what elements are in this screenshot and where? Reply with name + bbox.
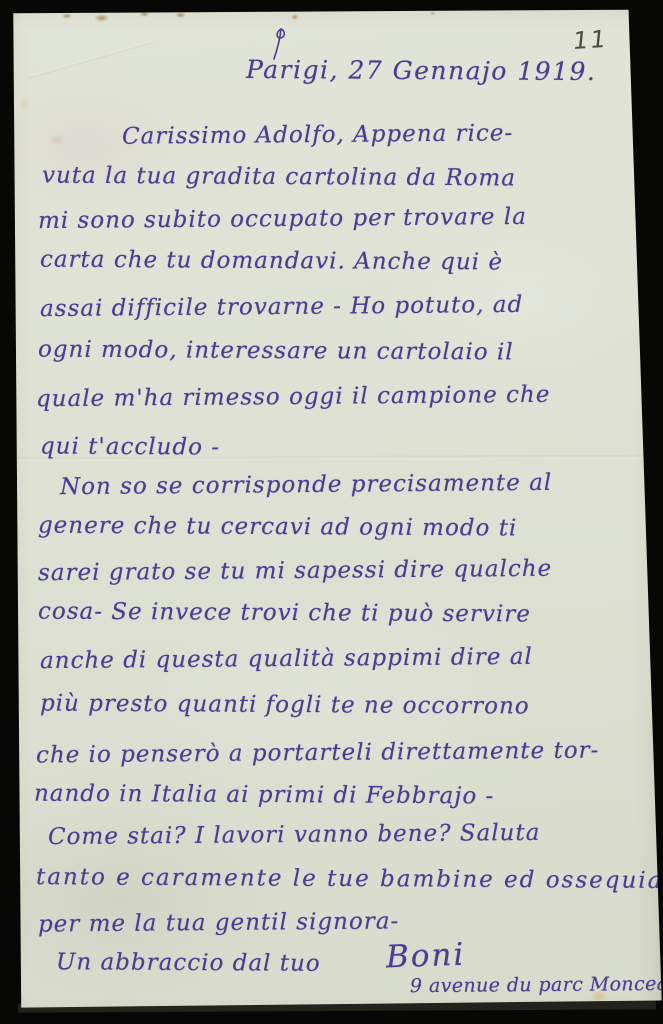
- letter-line: quale m'ha rimesso oggi il campione che: [36, 382, 551, 412]
- dateline: Parigi, 27 Gennajo 1919.: [246, 55, 597, 86]
- letter-line: cosa- Se invece trovi che ti può servire: [38, 598, 531, 627]
- letter-line: che io penserò a portarteli direttamente…: [36, 738, 600, 769]
- letter-line: Come stai? I lavori vanno bene? Saluta: [48, 820, 541, 850]
- letter-line: mi sono subito occupato per trovare la: [38, 204, 527, 234]
- letter-line: Carissimo Adolfo, Appena rice-: [122, 120, 513, 149]
- foxing-stain: [175, 12, 186, 18]
- letter-line: sarei grato se tu mi sapessi dire qualch…: [38, 556, 552, 586]
- letter-line: Non so se corrisponde precisamente al: [60, 470, 552, 500]
- page-number: 11: [571, 25, 609, 55]
- scanned-letter-photo: 11 Parigi, 27 Gennajo 1919. Carissimo Ad…: [0, 0, 663, 1024]
- address-line: 9 avenue du parc Monceau: [410, 973, 663, 997]
- letter-line: per me la tua gentil signora-: [38, 908, 399, 937]
- letter-line: più presto quanti fogli te ne occorrono: [40, 691, 530, 720]
- letter-line: assai difficile trovarne - Ho potuto, ad: [40, 292, 523, 322]
- letter-line: vuta la tua gradita cartolina da Roma: [42, 163, 516, 192]
- signature: Boni: [385, 937, 466, 976]
- foxing-stain: [94, 14, 109, 22]
- smudge-stain: [48, 134, 66, 146]
- letter-line: tanto e caramente le tue bambine ed osse…: [36, 864, 663, 894]
- letter-line: carta che tu domandavi. Anche qui è: [40, 247, 503, 276]
- foxing-stain: [291, 14, 299, 20]
- foxing-stain: [429, 11, 436, 16]
- smudge-stain: [20, 96, 30, 112]
- letter-line: anche di questa qualità sappimi dire al: [40, 644, 533, 674]
- letter-line: nando in Italia ai primi di Febbrajo -: [34, 781, 494, 810]
- letter-line: ogni modo, interessare un cartolaio il: [38, 337, 514, 366]
- letter-sheet: 11 Parigi, 27 Gennajo 1919. Carissimo Ad…: [0, 0, 663, 1024]
- letter-line: qui t'accludo -: [40, 433, 220, 460]
- letter-line: Un abbraccio dal tuo: [56, 949, 321, 977]
- foxing-stain: [62, 13, 72, 19]
- letter-line: genere che tu cercavi ad ogni modo ti: [38, 513, 517, 542]
- corner-crease: [28, 40, 154, 79]
- foxing-stain: [140, 11, 149, 17]
